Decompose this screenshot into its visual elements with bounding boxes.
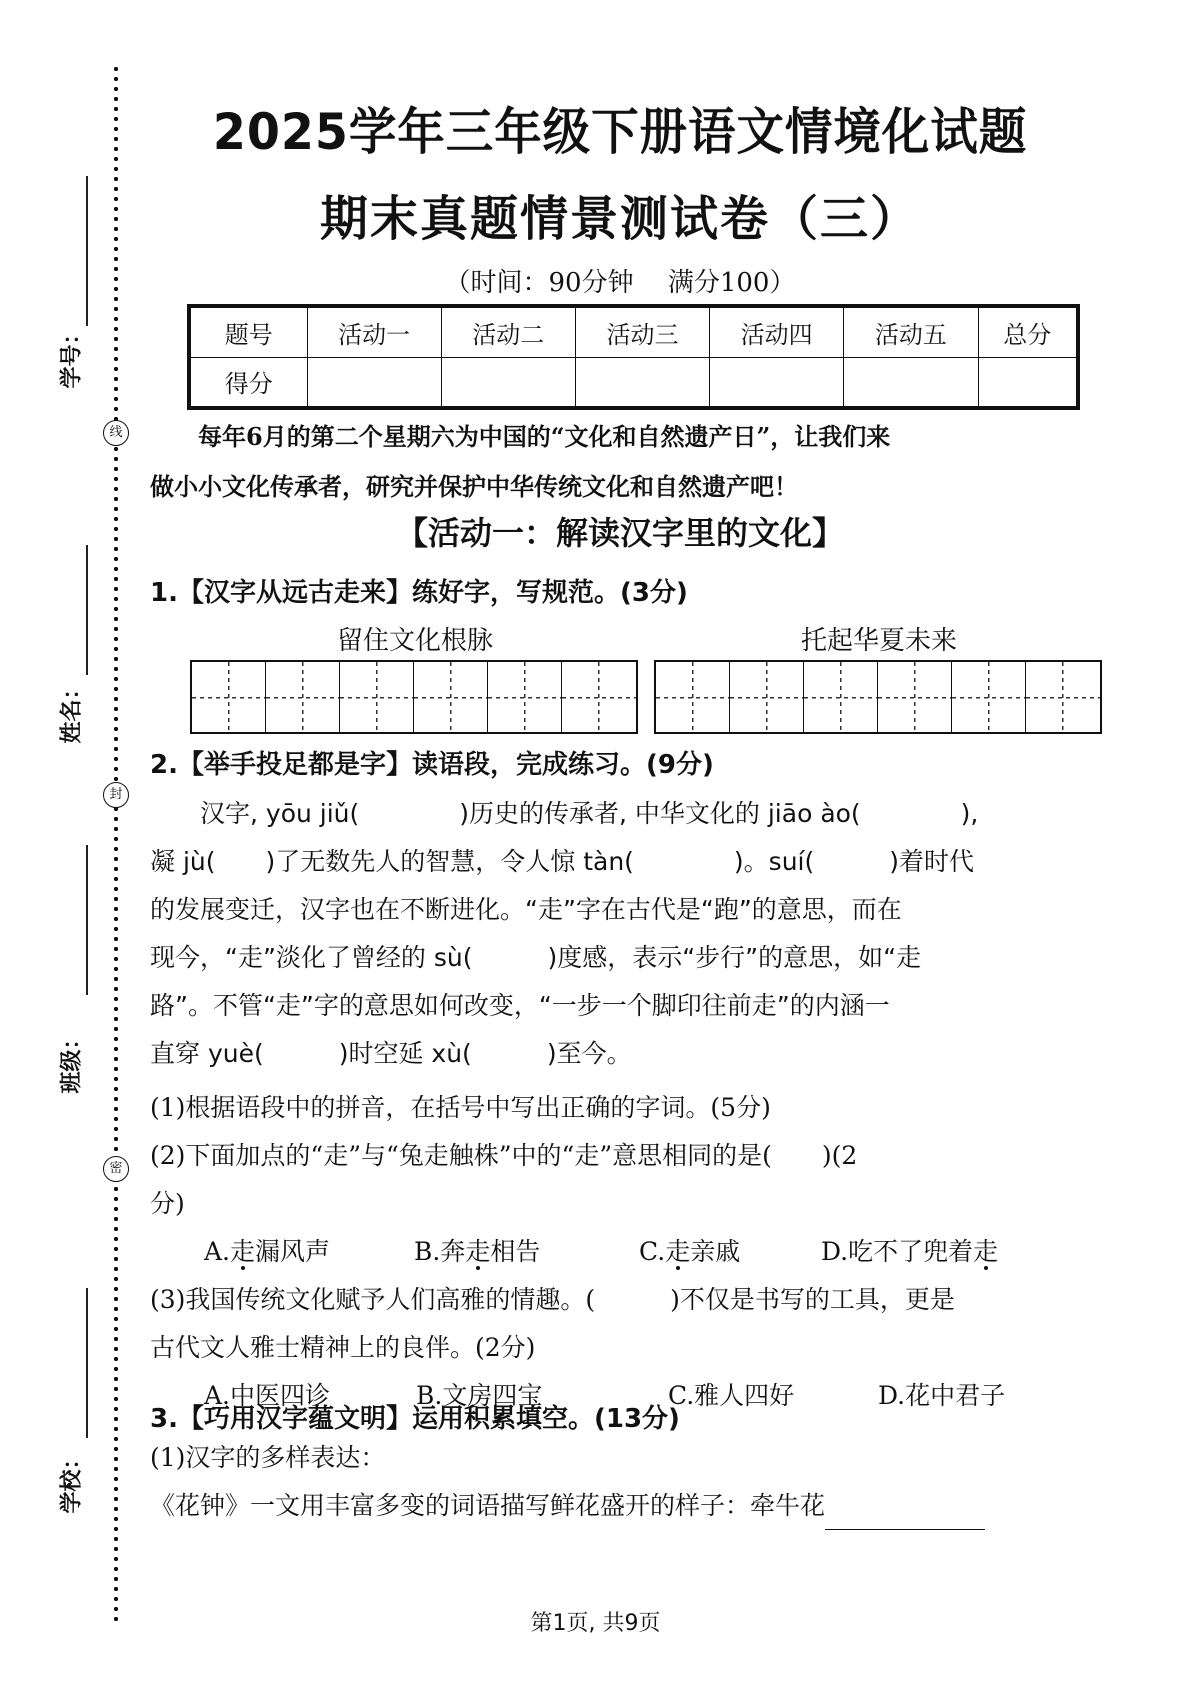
writing-cell[interactable] — [1026, 662, 1100, 732]
name-underline — [86, 545, 88, 675]
school-underline — [86, 1288, 88, 1438]
score-cell[interactable] — [307, 357, 441, 408]
column-total: 总分 — [978, 306, 1078, 357]
subquestion-2-3-cont: 古代文人雅士精神上的良伴。(2分) — [150, 1324, 1095, 1372]
answer-blank[interactable] — [825, 1500, 985, 1530]
activity1-title: 【活动一：解读汉字里的文化】 — [150, 508, 1090, 554]
school-label: 学校： — [55, 1478, 86, 1514]
emphasis-dot-char: 走 — [465, 1237, 490, 1266]
question-3-body: (1)汉字的多样表达： 《花钟》一文用丰富多变的词语描写鲜花盛开的样子：牵牛花 — [150, 1434, 1095, 1530]
subquestion-2-2-options: A.走漏风声 B.奔走相告 C.走亲戚 D.吃不了兜着走 — [150, 1228, 1095, 1276]
writing-grid-1[interactable] — [190, 660, 638, 734]
emphasis-dot-char: 走 — [230, 1237, 255, 1266]
exam-subtitle: 期末真题情景测试卷（三） — [150, 180, 1090, 249]
class-label: 班级： — [55, 1058, 86, 1094]
passage-line: 直穿 yuè( )时空延 xù( )至今。 — [150, 1030, 1095, 1078]
emphasis-dot-char: 走 — [665, 1237, 690, 1266]
passage-line: 现今，“走”淡化了曾经的 sù( )度感，表示“步行”的意思，如“走 — [150, 934, 1095, 982]
page-indicator: 第1页, 共9页 — [0, 1606, 1191, 1637]
word-label-2: 托起华夏未来 — [654, 620, 1104, 657]
writing-cell[interactable] — [656, 662, 730, 732]
option-c[interactable]: C.走亲戚 — [639, 1228, 821, 1276]
intro-line: 做小小文化传承者，研究并保护中华传统文化和自然遗产吧！ — [150, 462, 1090, 512]
column-activity-3: 活动三 — [575, 306, 709, 357]
score-cell[interactable] — [978, 357, 1078, 408]
seal-seal-icon: 封 — [103, 782, 129, 808]
passage-line: 凝 jù( )了无数先人的智慧，令人惊 tàn( )。suí( )着时代 — [150, 838, 1095, 886]
exam-title: 2025学年三年级下册语文情境化试题 — [174, 92, 1067, 164]
writing-grid-2[interactable] — [654, 660, 1102, 734]
writing-cell[interactable] — [562, 662, 636, 732]
writing-cell[interactable] — [730, 662, 804, 732]
seal-secret-icon: 密 — [103, 1156, 129, 1182]
option-a[interactable]: A.走漏风声 — [204, 1228, 414, 1276]
score-cell[interactable] — [441, 357, 575, 408]
student-id-underline — [86, 176, 88, 326]
score-table: 题号 活动一 活动二 活动三 活动四 活动五 总分 得分 — [187, 304, 1080, 410]
question-1-heading: 1.【汉字从远古走来】练好字，写规范。(3分) — [150, 572, 688, 609]
subquestion-3-1-prompt: 《花钟》一文用丰富多变的词语描写鲜花盛开的样子：牵牛花 — [150, 1482, 1095, 1530]
passage-line: 路”。不管“走”字的意思如何改变，“一步一个脚印往前走”的内涵一 — [150, 982, 1095, 1030]
option-c[interactable]: C.雅人四好 — [668, 1372, 878, 1420]
passage-line: 汉字, yōu jiǔ( )历史的传承者, 中华文化的 jiāo ào( ), — [150, 790, 1095, 838]
word-label-1: 留住文化根脉 — [190, 620, 640, 657]
writing-cell[interactable] — [266, 662, 340, 732]
writing-cell[interactable] — [414, 662, 488, 732]
passage-line: 的发展变迁，汉字也在不断进化。“走”字在古代是“跑”的意思，而在 — [150, 886, 1095, 934]
class-underline — [86, 845, 88, 995]
subquestion-2-1: (1)根据语段中的拼音，在括号中写出正确的字词。(5分) — [150, 1084, 1095, 1132]
score-cell[interactable] — [575, 357, 709, 408]
writing-cell[interactable] — [340, 662, 414, 732]
option-d[interactable]: D.吃不了兜着走 — [821, 1228, 998, 1276]
name-label: 姓名： — [55, 708, 86, 744]
question-3-heading: 3.【巧用汉字蕴文明】运用积累填空。(13分) — [150, 1398, 680, 1435]
question-2-heading: 2.【举手投足都是字】读语段，完成练习。(9分) — [150, 744, 714, 781]
writing-cell[interactable] — [952, 662, 1026, 732]
intro-line: 每年6月的第二个星期六为中国的“文化和自然遗产日”，让我们来 — [150, 412, 1090, 462]
column-activity-2: 活动二 — [441, 306, 575, 357]
intro-paragraph: 每年6月的第二个星期六为中国的“文化和自然遗产日”，让我们来 做小小文化传承者，… — [150, 412, 1090, 512]
subquestion-2-2-cont: 分) — [150, 1180, 1095, 1228]
question-2-subquestions: (1)根据语段中的拼音，在括号中写出正确的字词。(5分) (2)下面加点的“走”… — [150, 1084, 1095, 1420]
column-activity-5: 活动五 — [844, 306, 978, 357]
binding-dotted-line — [113, 64, 119, 1624]
option-d[interactable]: D.花中君子 — [878, 1372, 1005, 1420]
score-table-header-row: 题号 活动一 活动二 活动三 活动四 活动五 总分 — [189, 306, 1078, 357]
subquestion-2-2: (2)下面加点的“走”与“兔走触株”中的“走”意思相同的是( )(2 — [150, 1132, 1095, 1180]
subquestion-3-1: (1)汉字的多样表达： — [150, 1434, 1095, 1482]
emphasis-dot-char: 走 — [973, 1237, 998, 1266]
writing-cell[interactable] — [192, 662, 266, 732]
subquestion-2-3: (3)我国传统文化赋予人们高雅的情趣。( )不仅是书写的工具，更是 — [150, 1276, 1095, 1324]
row-label-score: 得分 — [189, 357, 307, 408]
writing-cell[interactable] — [804, 662, 878, 732]
option-b[interactable]: B.奔走相告 — [414, 1228, 639, 1276]
column-activity-1: 活动一 — [307, 306, 441, 357]
student-id-label: 学号： — [55, 353, 86, 389]
column-activity-4: 活动四 — [710, 306, 844, 357]
seal-line-icon: 线 — [103, 420, 129, 446]
score-cell[interactable] — [710, 357, 844, 408]
writing-cell[interactable] — [878, 662, 952, 732]
row-label-question: 题号 — [189, 306, 307, 357]
exam-time-score: （时间：90分钟 满分100） — [150, 262, 1090, 299]
writing-cell[interactable] — [488, 662, 562, 732]
score-table-score-row: 得分 — [189, 357, 1078, 408]
score-cell[interactable] — [844, 357, 978, 408]
question-2-passage: 汉字, yōu jiǔ( )历史的传承者, 中华文化的 jiāo ào( ), … — [150, 790, 1095, 1078]
